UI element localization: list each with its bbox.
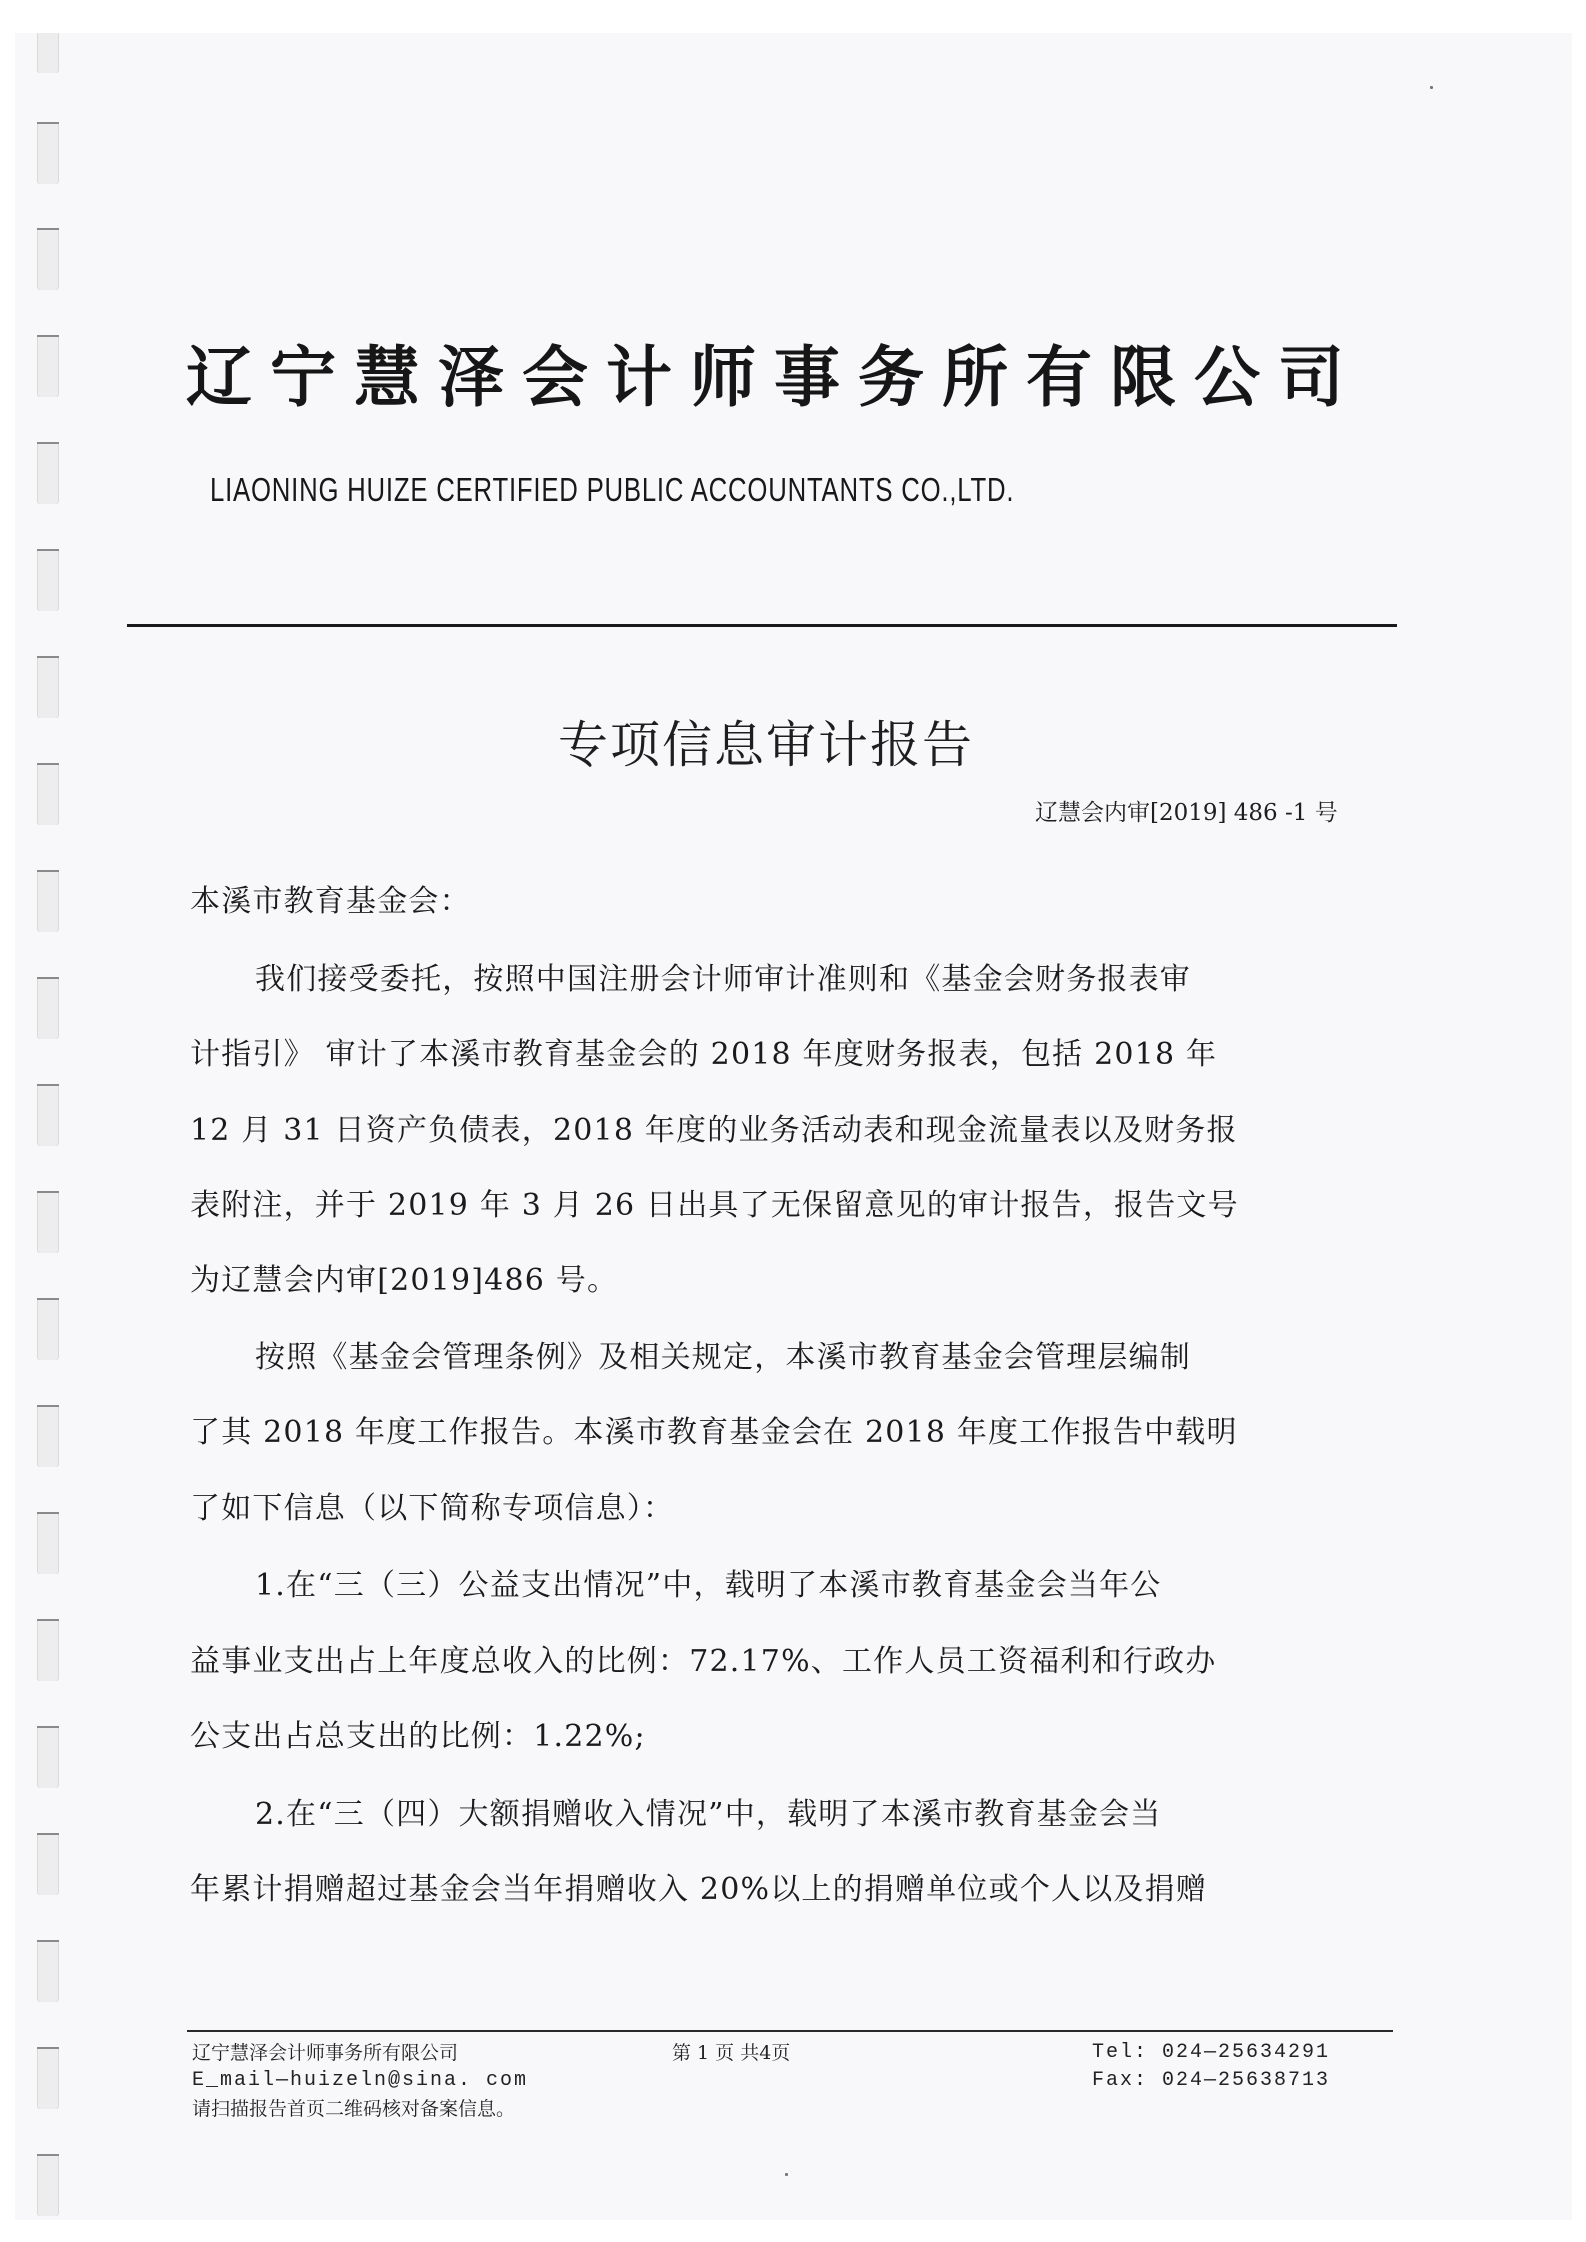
letterhead-company-name-cn: 辽宁慧泽会计师事务所有限公司 [186,338,1386,418]
footer-divider [187,2030,1393,2032]
scan-speck [1430,86,1433,89]
binding-hole [37,1726,59,1788]
binding-hole [37,763,59,825]
binding-hole [37,1084,59,1146]
footer-fax: Fax: 024—25638713 [1092,2068,1330,2094]
addressee: 本溪市教育基金会： [190,882,1390,922]
document-number: 辽慧会内审[2019] 486 -1 号 [1035,798,1338,828]
body-line: 计指引》 审计了本溪市教育基金会的 2018 年度财务报表，包括 2018 年 [190,1035,1390,1075]
body-line: 12 月 31 日资产负债表，2018 年度的业务活动表和现金流量表以及财务报 [190,1111,1390,1151]
binding-hole [37,1191,59,1253]
binding-hole [37,656,59,718]
body-line: 为辽慧会内审[2019]486 号。 [190,1261,1390,1301]
body-line: 了如下信息（以下简称专项信息）： [190,1489,1390,1529]
body-line: 我们接受委托，按照中国注册会计师审计准则和《基金会财务报表审 [255,960,1455,1000]
report-title: 专项信息审计报告 [558,715,974,775]
body-line: 2.在“三（四）大额捐赠收入情况”中，载明了本溪市教育基金会当 [255,1795,1455,1835]
binding-hole [37,870,59,932]
binding-hole [37,1833,59,1895]
binding-hole [37,2154,59,2216]
binding-hole [37,1619,59,1681]
body-line: 了其 2018 年度工作报告。本溪市教育基金会在 2018 年度工作报告中载明 [190,1413,1390,1453]
footer-scan-notice: 请扫描报告首页二维码核对备案信息。 [192,2096,515,2122]
body-line: 表附注，并于 2019 年 3 月 26 日出具了无保留意见的审计报告，报告文号 [190,1186,1390,1226]
letterhead-divider [127,624,1397,627]
scan-speck [785,2173,788,2176]
footer-email: E_mail—huizeln@sina. com [192,2068,528,2094]
footer-tel: Tel: 024—25634291 [1092,2040,1330,2066]
binding-hole [37,228,59,290]
body-line: 年累计捐赠超过基金会当年捐赠收入 20%以上的捐赠单位或个人以及捐赠 [190,1870,1390,1910]
binding-hole [37,2047,59,2109]
binding-hole [37,549,59,611]
binding-hole [37,1298,59,1360]
body-line: 按照《基金会管理条例》及相关规定，本溪市教育基金会管理层编制 [255,1338,1455,1378]
binding-hole [37,977,59,1039]
body-line: 1.在“三（三）公益支出情况”中，载明了本溪市教育基金会当年公 [255,1566,1455,1606]
page-indicator: 第 1 页 共4页 [672,2040,790,2066]
binding-hole [37,335,59,397]
binding-hole [37,1512,59,1574]
binding-hole [37,1940,59,2002]
body-line: 公支出占总支出的比例：1.22%; [190,1717,1390,1757]
letterhead-company-name-en: LIAONING HUIZE CERTIFIED PUBLIC ACCOUNTA… [210,470,1014,510]
binding-hole [37,442,59,504]
footer-company: 辽宁慧泽会计师事务所有限公司 [192,2040,458,2066]
binding-hole [37,122,59,184]
binding-hole [37,1405,59,1467]
binding-hole [37,33,59,73]
body-line: 益事业支出占上年度总收入的比例：72.17%、工作人员工资福利和行政办 [190,1642,1390,1682]
